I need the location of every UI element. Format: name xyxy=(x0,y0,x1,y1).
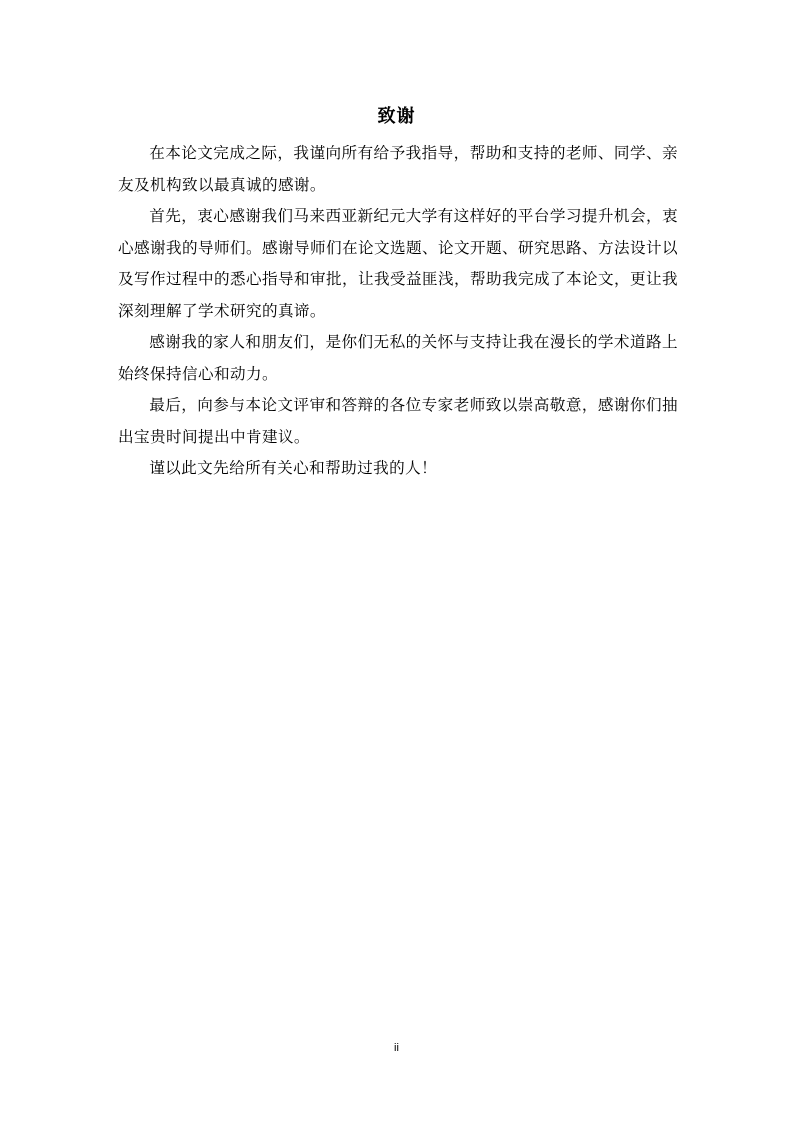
paragraph-closing: 谨以此文先给所有关心和帮助过我的人！ xyxy=(118,453,678,485)
document-page: 致谢 在本论文完成之际，我谨向所有给予我指导，帮助和支持的老师、同学、亲友及机构… xyxy=(0,0,793,1122)
page-number: ii xyxy=(0,1041,793,1055)
page-title: 致谢 xyxy=(0,104,793,130)
acknowledgements-body: 在本论文完成之际，我谨向所有给予我指导，帮助和支持的老师、同学、亲友及机构致以最… xyxy=(118,138,678,485)
paragraph-intro: 在本论文完成之际，我谨向所有给予我指导，帮助和支持的老师、同学、亲友及机构致以最… xyxy=(118,138,678,201)
paragraph-family: 感谢我的家人和朋友们，是你们无私的关怀与支持让我在漫长的学术道路上始终保持信心和… xyxy=(118,327,678,390)
paragraph-advisors: 首先，衷心感谢我们马来西亚新纪元大学有这样好的平台学习提升机会，衷心感谢我的导师… xyxy=(118,201,678,327)
paragraph-reviewers: 最后，向参与本论文评审和答辩的各位专家老师致以崇高敬意，感谢你们抽出宝贵时间提出… xyxy=(118,390,678,453)
